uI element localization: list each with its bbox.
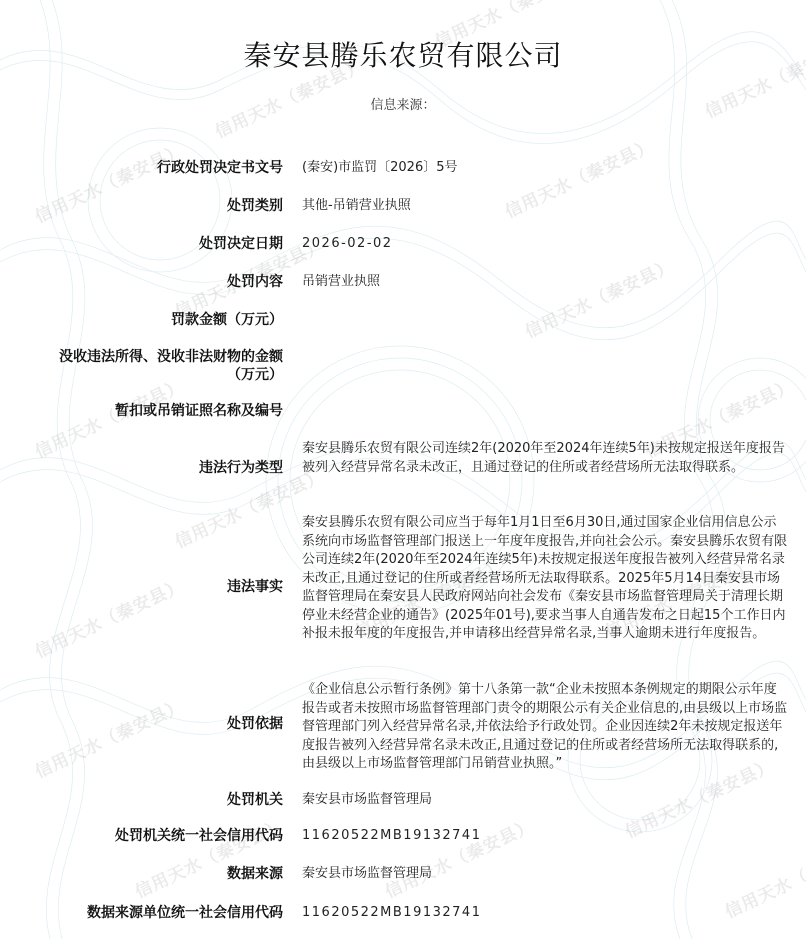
watermark: 信用天水（秦安县） [30, 572, 187, 663]
watermark: 信用天水（秦安县） [380, 812, 537, 903]
field-label: 数据来源单位统一社会信用代码 [87, 904, 283, 922]
field-value: 秦安县市场监督管理局 [302, 791, 788, 810]
field-value: (秦安)市监罚〔2026〕5号 [302, 159, 788, 178]
field-label-line1: 没收违法所得、没收非法财物的金额 [59, 348, 283, 366]
watermark: 信用天水（秦安县） [130, 812, 287, 903]
field-label: 处罚类别 [227, 197, 283, 215]
field-value: 2026-02-02 [302, 235, 788, 254]
field-label: 处罚决定日期 [199, 235, 283, 253]
field-label: 处罚机关统一社会信用代码 [115, 827, 283, 845]
field-value: 吊销营业执照 [302, 273, 788, 292]
field-value: 秦安县腾乐农贸有限公司应当于每年1月1日至6月30日,通过国家企业信用信息公示系… [302, 514, 788, 644]
field-label: 没收违法所得、没收非法财物的金额 （万元） [59, 348, 283, 384]
info-source-label: 信息来源： [0, 94, 806, 113]
field-label: 处罚内容 [227, 273, 283, 291]
field-label: 违法事实 [227, 578, 283, 596]
field-value: 秦安县腾乐农贸有限公司连续2年(2020年至2024年连续5年)未按规定报送年度… [302, 440, 788, 477]
watermark: 信用天水（秦安县） [30, 137, 187, 228]
field-value: 秦安县市场监督管理局 [302, 865, 788, 884]
field-label: 数据来源 [227, 865, 283, 883]
field-label: 行政处罚决定书文号 [157, 159, 283, 177]
field-value: 11620522MB19132741 [302, 827, 788, 846]
field-label: 处罚依据 [227, 715, 283, 733]
field-label: 违法行为类型 [199, 459, 283, 477]
field-label: 罚款金额（万元） [171, 311, 283, 329]
field-value: 《企业信息公示暂行条例》第十八条第一款“企业未按照本条例规定的期限公示年度报告或… [302, 681, 788, 774]
company-title: 秦安县腾乐农贸有限公司 [0, 34, 806, 74]
field-label: 处罚机关 [227, 791, 283, 809]
watermark: 信用天水（秦安县） [30, 692, 187, 783]
field-label-line2: （万元） [59, 366, 283, 384]
field-value: 11620522MB19132741 [302, 904, 788, 923]
field-value: 其他-吊销营业执照 [302, 197, 788, 216]
watermark: 信用天水（秦安县） [520, 252, 677, 343]
field-label: 暂扣或吊销证照名称及编号 [115, 402, 283, 420]
